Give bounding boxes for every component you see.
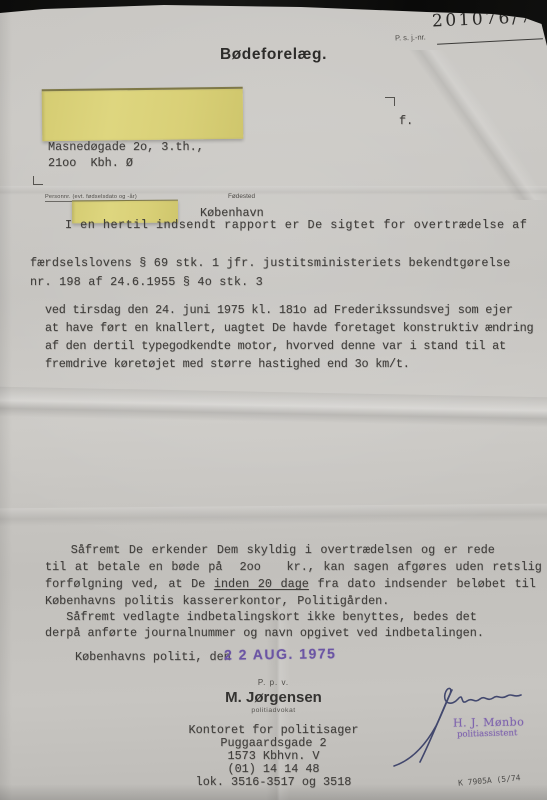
deadline-underlined-text: inden 20 dage [214,577,309,591]
photographed-document: P. s. j.-nr. 201076/75 Bødeforelæg. Masn… [0,0,547,800]
redaction-sticker-name [42,87,244,141]
paper-fold [0,504,547,527]
fine-line-4: Københavns politis kassererkontor, Polit… [45,594,389,608]
date-stamp: 2 2 AUG. 1975 [224,645,337,663]
case-number-stamp: 201076/75 [432,7,547,32]
case-number-label: P. s. j.-nr. [395,32,426,42]
address-window-corner-icon [33,176,43,185]
paper-fold [0,387,547,428]
fine-line-3-pre: forfølgning ved, at De [45,577,214,591]
offence-line-1: ved tirsdag den 24. juni 1975 kl. 181o a… [45,303,513,317]
offence-line-3: af den dertil typegodkendte motor, hvorv… [45,339,506,353]
offence-line-2: at have ført en knallert, uagtet De havd… [45,321,533,335]
giro-line-1: Såfremt vedlagte indbetalingskort ikke b… [45,610,477,624]
dateline-text: Københavns politi, den [75,650,231,664]
address-window-corner-icon [385,97,395,106]
offence-line-4: fremdrive køretøjet med større hastighed… [45,357,410,371]
birthplace-label: Fødested [228,193,255,200]
fine-line-3-post: fra dato indsender beløbet til [309,577,536,591]
document-paper: P. s. j.-nr. 201076/75 Bødeforelæg. Masn… [0,0,547,800]
fine-line-3: forfølgning ved, at De inden 20 dage fra… [45,577,536,591]
document-title: Bødeforelæg. [0,46,547,64]
fine-line-2: til at betale en bøde på 2oo kr., kan sa… [45,560,542,574]
law-line-1: færdselslovens § 69 stk. 1 jfr. justitsm… [30,256,510,270]
case-number-line [437,38,543,45]
address-line-1: Masnedøgade 2o, 3.th., [48,140,204,154]
intro-line: I en hertil indsendt rapport er De sigte… [65,218,527,232]
born-label: f. [399,114,413,128]
fine-line-1: Såfremt De erkender Dem skyldig i overtr… [45,543,495,557]
law-line-2: nr. 198 af 24.6.1955 § 4o stk. 3 [30,275,263,289]
paper-crease [390,50,547,200]
giro-line-2: derpå anførte journalnummer og navn opgi… [45,626,484,640]
address-line-2: 21oo Kbh. Ø [48,156,133,170]
counterstamp-title: politiassistent [457,728,518,740]
